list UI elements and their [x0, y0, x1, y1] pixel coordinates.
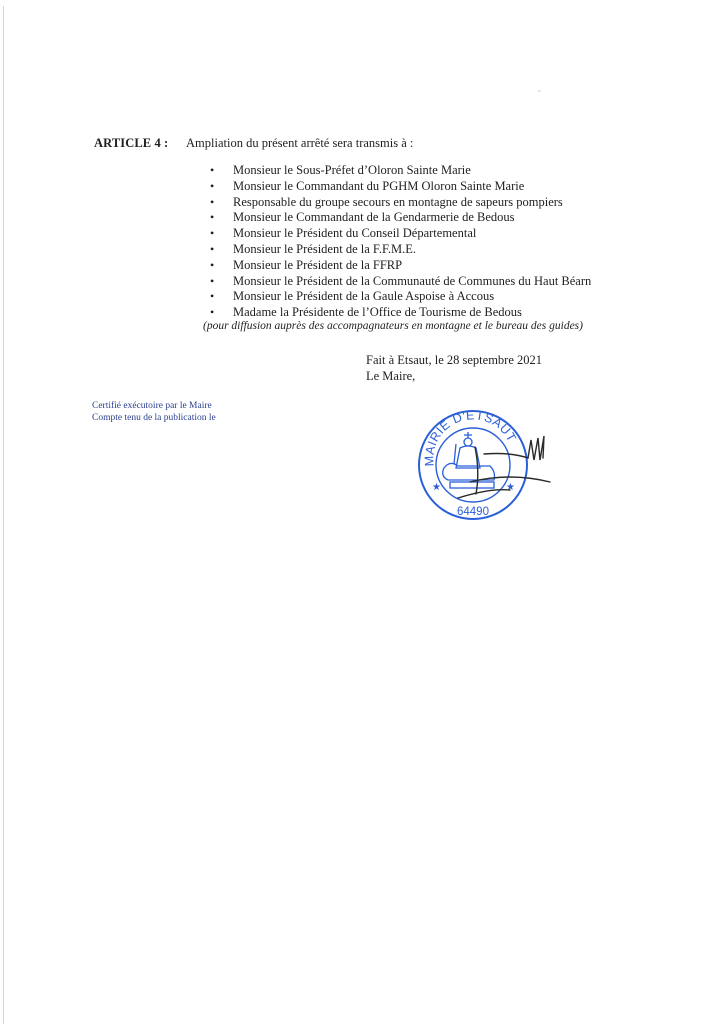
article-label: ARTICLE 4 :	[94, 136, 168, 151]
distribution-note: (pour diffusion auprès des accompagnateu…	[203, 320, 583, 332]
recipient-item: •Madame la Présidente de l’Office de Tou…	[210, 305, 591, 321]
bullet-icon: •	[210, 210, 214, 226]
stamp-seal-icon: ★ ★ MAIRIE D'ETSAUT 64490	[410, 402, 580, 528]
certification-line-2: Compte tenu de la publication le	[92, 412, 216, 424]
bullet-icon: •	[210, 305, 214, 321]
svg-text:★: ★	[506, 482, 515, 493]
bullet-icon: •	[210, 274, 214, 290]
recipient-item: •Monsieur le Commandant de la Gendarmeri…	[210, 210, 591, 226]
recipient-item: •Monsieur le Président de la F.F.M.E.	[210, 242, 591, 258]
recipient-list: •Monsieur le Sous-Préfet d’Oloron Sainte…	[210, 163, 591, 321]
recipient-item: •Monsieur le Président du Conseil Départ…	[210, 226, 591, 242]
recipient-text: Monsieur le Commandant du PGHM Oloron Sa…	[233, 179, 524, 193]
recipient-item: •Monsieur le Président de la FFRP	[210, 258, 591, 274]
svg-text:★: ★	[432, 482, 441, 493]
recipient-text: Monsieur le Commandant de la Gendarmerie…	[233, 210, 515, 224]
bullet-icon: •	[210, 258, 214, 274]
signatory: Le Maire,	[366, 368, 542, 384]
mayor-stamp: ★ ★ MAIRIE D'ETSAUT 64490	[410, 402, 580, 528]
recipient-text: Monsieur le Président de la Gaule Aspois…	[233, 289, 494, 303]
recipient-item: •Monsieur le Commandant du PGHM Oloron S…	[210, 179, 591, 195]
bullet-icon: •	[210, 289, 214, 305]
recipient-text: Monsieur le Président du Conseil Départe…	[233, 226, 476, 240]
svg-text:64490: 64490	[457, 506, 489, 518]
recipient-text: Monsieur le Sous-Préfet d’Oloron Sainte …	[233, 163, 471, 177]
certification: Certifié exécutoire par le Maire Compte …	[92, 400, 216, 424]
bullet-icon: •	[210, 226, 214, 242]
bullet-icon: •	[210, 163, 214, 179]
bullet-icon: •	[210, 179, 214, 195]
certification-line-1: Certifié exécutoire par le Maire	[92, 400, 216, 412]
recipient-item: •Monsieur le Président de la Gaule Aspoi…	[210, 289, 591, 305]
recipient-text: Monsieur le Président de la Communauté d…	[233, 274, 591, 288]
recipient-text: Madame la Présidente de l’Office de Tour…	[233, 305, 522, 319]
recipient-text: Monsieur le Président de la FFRP	[233, 258, 402, 272]
bullet-icon: •	[210, 195, 214, 211]
article-intro: Ampliation du présent arrêté sera transm…	[186, 136, 413, 151]
recipient-item: •Monsieur le Sous-Préfet d’Oloron Sainte…	[210, 163, 591, 179]
place-date: Fait à Etsaut, le 28 septembre 2021	[366, 352, 542, 368]
signature-block: Fait à Etsaut, le 28 septembre 2021 Le M…	[366, 352, 542, 384]
bullet-icon: •	[210, 242, 214, 258]
recipient-text: Responsable du groupe secours en montagn…	[233, 195, 563, 209]
recipient-text: Monsieur le Président de la F.F.M.E.	[233, 242, 416, 256]
recipient-item: •Monsieur le Président de la Communauté …	[210, 274, 591, 290]
scan-speck	[538, 90, 541, 92]
scan-edge-line	[3, 6, 4, 1024]
recipient-item: •Responsable du groupe secours en montag…	[210, 195, 591, 211]
